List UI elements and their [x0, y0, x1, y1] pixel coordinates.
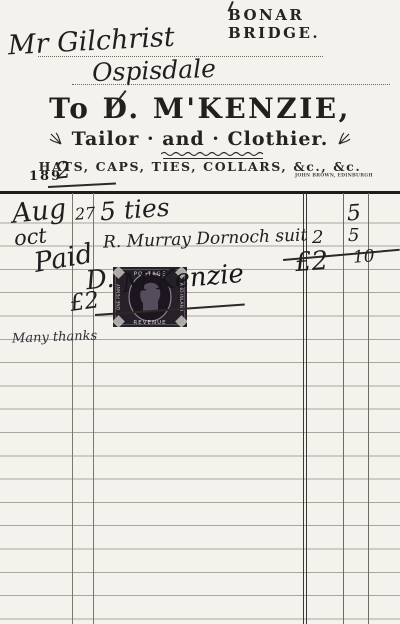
customer-address-ruled-line: [72, 84, 390, 85]
stamp-text-left: ONE PENNY: [116, 284, 122, 310]
total-pounds: £2: [294, 248, 329, 276]
leaf-ornament-right: [337, 132, 351, 146]
total-shillings: 10: [352, 248, 375, 266]
entry-day: 27: [74, 205, 95, 222]
merchant-subtitle: Tailor · and · Clothier.: [72, 128, 329, 150]
merchant-subtitle-row: Tailor · and · Clothier.: [0, 128, 400, 150]
ledger-column-rule-shillings: [343, 193, 344, 624]
customer-address-handwritten: Ospisdale: [92, 56, 217, 85]
entry-pounds: 2: [312, 229, 323, 247]
entry-month: Aug: [11, 195, 68, 228]
entry-description: 5 ties: [99, 195, 170, 225]
merchant-name-title: To D. M'KENZIE,: [0, 92, 400, 125]
masthead-location: BONAR BRIDGE.: [228, 6, 400, 42]
customer-name-handwritten: Mr Gilchrist: [7, 24, 175, 60]
signature-initial: D.: [85, 266, 116, 295]
leaf-ornament-left: [49, 132, 63, 146]
entry-shillings: 5: [346, 203, 362, 226]
scanned-invoice-document: BONAR BRIDGE. Mr Gilchrist Ospisdale To …: [0, 0, 400, 624]
stamp-text-bottom: REVENUE: [133, 320, 166, 326]
thanks-note-handwritten: Many thanks: [12, 330, 98, 346]
printer-imprint: JOHN BROWN, EDINBURGH: [295, 173, 373, 178]
year-handwritten: 2: [55, 159, 72, 183]
entry-shillings: 5: [348, 227, 359, 245]
